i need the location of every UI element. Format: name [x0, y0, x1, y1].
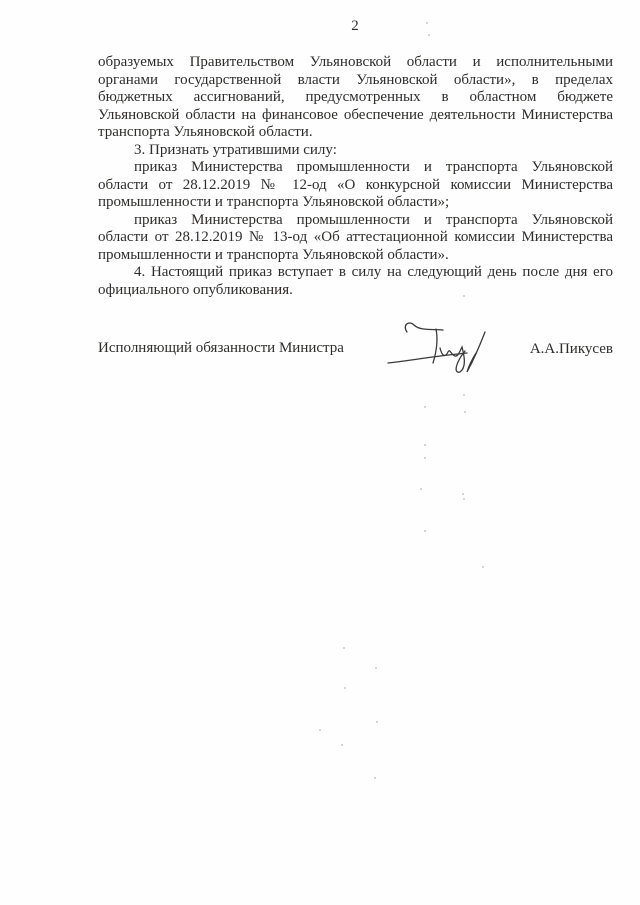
scan-speckle — [319, 729, 321, 731]
text-line: 4. Настоящий приказ вступает в силу на с… — [98, 264, 613, 282]
scan-speckle — [420, 488, 422, 490]
document-body: образуемых Правительством Ульяновской об… — [98, 54, 613, 299]
scan-speckle — [463, 295, 465, 297]
scan-speckle — [428, 34, 430, 36]
text-line: 3. Признать утратившими силу: — [98, 142, 613, 160]
text-line: области от 28.12.2019 № 13-од «Об аттест… — [98, 229, 613, 247]
text-line: области от 28.12.2019 № 12-од «О конкурс… — [98, 177, 613, 195]
text-line: приказ Министерства промышленности и тра… — [98, 212, 613, 230]
scan-speckle — [424, 406, 426, 408]
scan-speckle — [482, 566, 484, 568]
scan-speckle — [344, 687, 346, 689]
text-line: Ульяновской области на финансовое обеспе… — [98, 107, 613, 125]
signer-name: А.А.Пикусев — [493, 341, 613, 358]
text-line: транспорта Ульяновской области. — [98, 124, 613, 142]
text-line: бюджетных ассигнований, предусмотренных … — [98, 89, 613, 107]
scan-speckle — [341, 744, 343, 746]
text-line: промышленности и транспорта Ульяновской … — [98, 247, 613, 265]
signature-icon — [387, 317, 502, 379]
text-line: официального опубликования. — [98, 282, 613, 300]
scan-speckle — [374, 777, 376, 779]
scan-speckle — [464, 411, 466, 413]
document-page: 2 образуемых Правительством Ульяновской … — [0, 0, 640, 905]
signer-title: Исполняющий обязанности Министра — [98, 340, 344, 357]
text-line: промышленности и транспорта Ульяновской … — [98, 194, 613, 212]
page-number: 2 — [98, 18, 613, 35]
text-line: приказ Министерства промышленности и тра… — [98, 159, 613, 177]
scan-speckle — [424, 444, 426, 446]
text-line: образуемых Правительством Ульяновской об… — [98, 54, 613, 72]
scan-speckle — [375, 667, 377, 669]
text-line: органами государственной власти Ульяновс… — [98, 72, 613, 90]
scan-speckle — [424, 457, 426, 459]
scan-speckle — [463, 394, 465, 396]
scan-speckle — [462, 493, 464, 495]
scan-speckle — [426, 22, 428, 24]
scan-speckle — [343, 647, 345, 649]
scan-speckle — [376, 721, 378, 723]
scan-speckle — [463, 498, 465, 500]
scan-speckle — [424, 530, 426, 532]
